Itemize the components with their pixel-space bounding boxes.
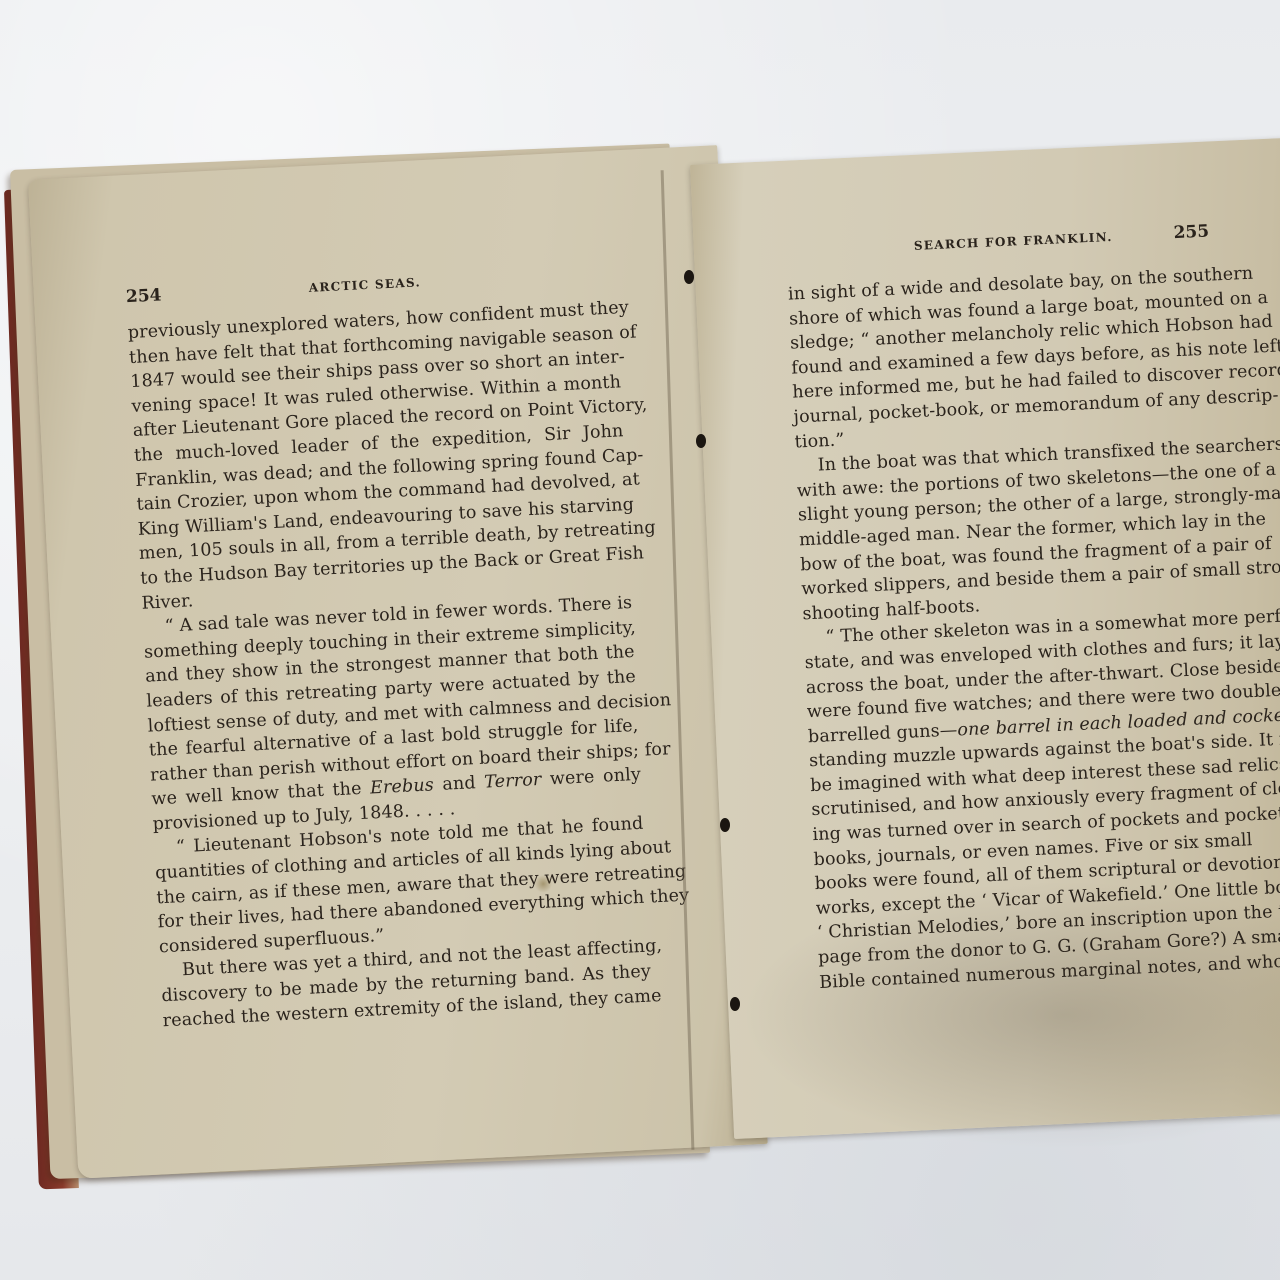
page-number: 255 [1173,222,1209,244]
binding-hole [720,818,730,832]
running-head: SEARCH FOR FRANKLIN. [914,230,1113,253]
right-page: SEARCH FOR FRANKLIN. 255 in sight of a w… [690,138,1280,1139]
page-number: 254 [126,285,162,307]
body-text: previously unexplored waters, how confid… [127,296,652,1033]
binding-hole [730,997,740,1011]
binding-hole [684,270,694,284]
body-text: in sight of a wide and desolate bay, on … [787,263,1257,995]
running-head: ARCTIC SEAS. [308,275,421,295]
binding-hole [696,434,706,448]
left-page: 254 ARCTIC SEAS. previously unexplored w… [28,145,768,1179]
